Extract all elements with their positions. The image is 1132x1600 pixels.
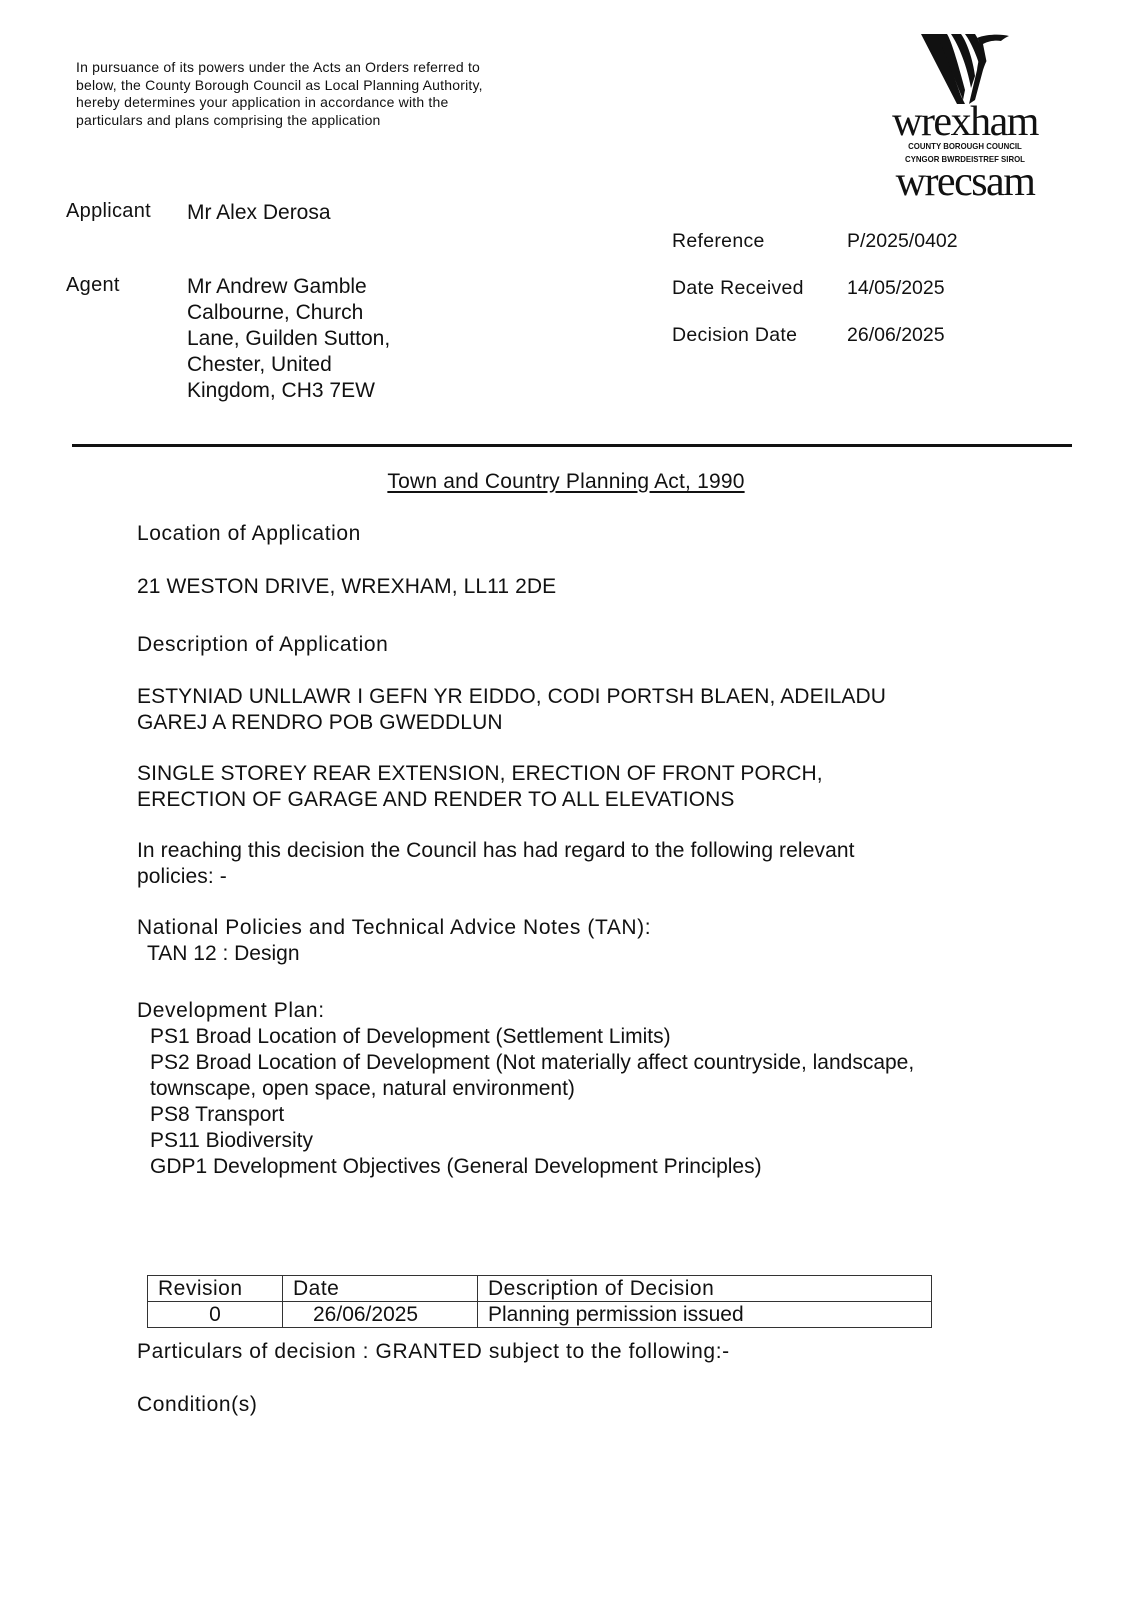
description-english: SINGLE STOREY REAR EXTENSION, ERECTION O… <box>137 761 823 813</box>
description-welsh: ESTYNIAD UNLLAWR I GEFN YR EIDDO, CODI P… <box>137 684 886 736</box>
logo-name-en: wrexham <box>880 104 1050 140</box>
act-title: Town and Country Planning Act, 1990 <box>0 470 1132 494</box>
development-plan-list: PS1 Broad Location of Development (Settl… <box>150 1024 914 1180</box>
cell-revision: 0 <box>148 1302 283 1328</box>
description-line: GAREJ A RENDRO POB GWEDDLUN <box>137 710 886 736</box>
description-line: SINGLE STOREY REAR EXTENSION, ERECTION O… <box>137 761 823 787</box>
agent-line: Lane, Guilden Sutton, <box>187 326 390 352</box>
council-logo: wrexham COUNTY BOROUGH COUNCIL CYNGOR BW… <box>880 30 1050 198</box>
divider <box>72 444 1072 447</box>
reference-value: P/2025/0402 <box>847 230 958 253</box>
cell-date: 26/06/2025 <box>283 1302 478 1328</box>
agent-line: Kingdom, CH3 7EW <box>187 378 390 404</box>
agent-address: Mr Andrew Gamble Calbourne, Church Lane,… <box>187 274 390 404</box>
decision-table: Revision Date Description of Decision 0 … <box>147 1275 932 1328</box>
agent-line: Chester, United <box>187 352 390 378</box>
location-heading: Location of Application <box>137 521 361 547</box>
table-row: 0 26/06/2025 Planning permission issued <box>148 1302 932 1328</box>
regard-line: In reaching this decision the Council ha… <box>137 838 855 864</box>
policy-item: PS2 Broad Location of Development (Not m… <box>150 1050 914 1076</box>
agent-line: Calbourne, Church <box>187 300 390 326</box>
decision-date-value: 26/06/2025 <box>847 324 945 347</box>
logo-name-cy: wrecsam <box>880 166 1050 198</box>
applicant-label: Applicant <box>66 200 151 223</box>
development-plan-heading: Development Plan: <box>137 998 325 1024</box>
policy-item: townscape, open space, natural environme… <box>150 1076 914 1102</box>
header-revision: Revision <box>148 1276 283 1302</box>
description-line: ESTYNIAD UNLLAWR I GEFN YR EIDDO, CODI P… <box>137 684 886 710</box>
date-received-value: 14/05/2025 <box>847 277 945 300</box>
regard-line: policies: - <box>137 864 855 890</box>
location-address: 21 WESTON DRIVE, WREXHAM, LL11 2DE <box>137 574 556 600</box>
national-policies-heading: National Policies and Technical Advice N… <box>137 915 651 941</box>
particulars-text: Particulars of decision : GRANTED subjec… <box>137 1339 730 1365</box>
wrexham-w-logo-icon <box>917 30 1013 108</box>
logo-subtitle-en: COUNTY BOROUGH COUNCIL <box>887 140 1043 153</box>
policy-item: GDP1 Development Objectives (General Dev… <box>150 1154 914 1180</box>
reference-label: Reference <box>672 230 765 253</box>
description-line: ERECTION OF GARAGE AND RENDER TO ALL ELE… <box>137 787 823 813</box>
regard-text: In reaching this decision the Council ha… <box>137 838 855 890</box>
description-heading: Description of Application <box>137 632 388 658</box>
logo-subtitle-cy: CYNGOR BWRDEISTREF SIROL <box>887 153 1043 166</box>
applicant-name: Mr Alex Derosa <box>187 200 331 226</box>
policy-item: PS8 Transport <box>150 1102 914 1128</box>
preamble-text: In pursuance of its powers under the Act… <box>76 59 516 129</box>
cell-description: Planning permission issued <box>478 1302 932 1328</box>
policy-item: TAN 12 : Design <box>147 941 300 967</box>
conditions-heading: Condition(s) <box>137 1392 257 1418</box>
agent-line: Mr Andrew Gamble <box>187 274 390 300</box>
policy-item: PS1 Broad Location of Development (Settl… <box>150 1024 914 1050</box>
header-description: Description of Decision <box>478 1276 932 1302</box>
act-title-text: Town and Country Planning Act, 1990 <box>387 470 744 493</box>
policy-item: PS11 Biodiversity <box>150 1128 914 1154</box>
national-policies-list: TAN 12 : Design <box>147 941 300 967</box>
date-received-label: Date Received <box>672 277 804 300</box>
decision-date-label: Decision Date <box>672 324 797 347</box>
agent-label: Agent <box>66 274 120 297</box>
table-header-row: Revision Date Description of Decision <box>148 1276 932 1302</box>
header-date: Date <box>283 1276 478 1302</box>
